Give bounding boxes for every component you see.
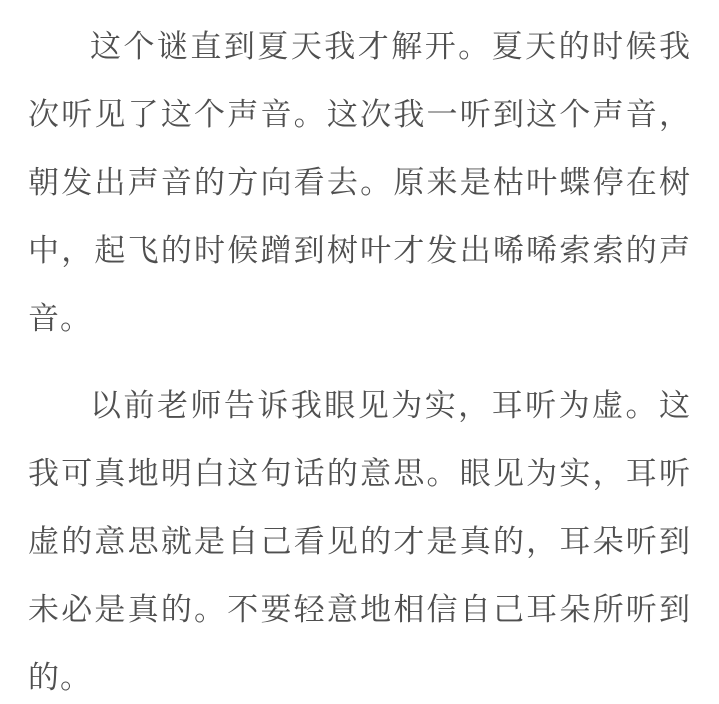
text-line-10: 的。 [28,644,691,704]
handwritten-essay-page: 这个谜直到夏天我才解开。夏天的时候我再 次听见了这个声音。这次我一听到这个声音，… [0,0,719,704]
text-line-1: 这个谜直到夏天我才解开。夏天的时候我再 [28,13,691,81]
text-line-5: 音。 [28,285,691,353]
text-line-6: 以前老师告诉我眼见为实，耳听为虚。这下 [28,372,691,440]
text-line-8: 虚的意思就是自己看见的才是真的，耳朵听到的 [28,508,691,576]
text-line-2: 次听见了这个声音。这次我一听到这个声音，就 [28,81,691,149]
text-line-4: 中，起飞的时候蹭到树叶才发出唏唏索索的声 [28,217,691,285]
text-line-7: 我可真地明白这句话的意思。眼见为实，耳听为 [28,440,691,508]
text-line-3: 朝发出声音的方向看去。原来是枯叶蝶停在树叶 [28,149,691,217]
text-line-9: 未必是真的。不要轻意地相信自己耳朵所听到 [28,576,691,644]
